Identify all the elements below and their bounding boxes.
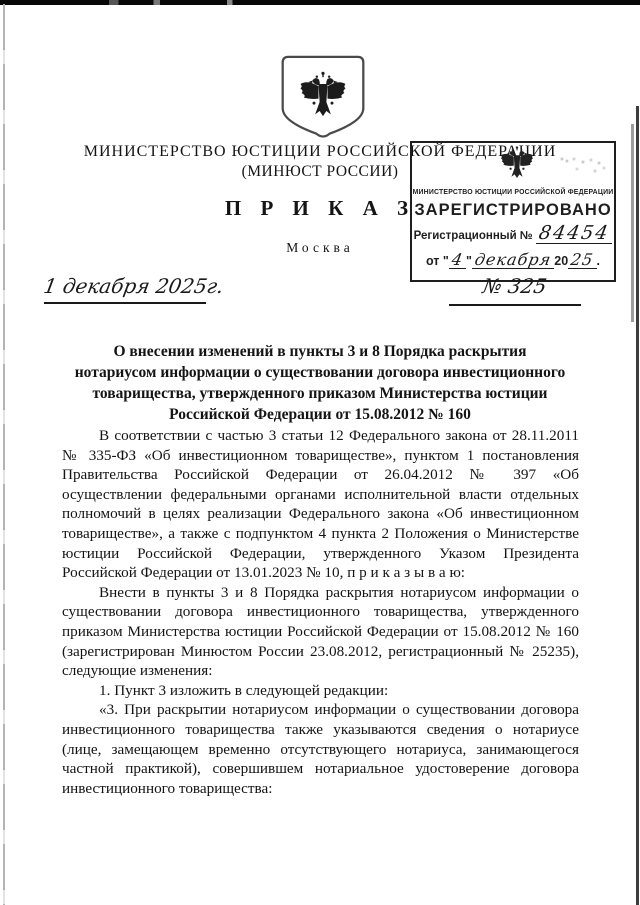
stamp-date-line: от "4"декабря2025. [412,254,614,269]
order-title-line: Российской Федерации от 15.08.2012 № 160 [62,404,578,425]
scan-smudge [561,158,563,160]
registration-stamp: МИНИСТЕРСТВО ЮСТИЦИИ РОССИЙСКОЙ ФЕДЕРАЦИ… [410,141,616,282]
scan-edge-left [3,4,5,905]
paragraph-item-1: 1. Пункт 3 изложить в следующей редакции… [62,681,579,701]
order-title-line: нотариусом информации о существовании до… [62,362,578,383]
stamp-date-from: от [426,254,443,268]
stamp-month-underline: декабря [472,254,554,269]
stamp-registered-label: ЗАРЕГИСТРИРОВАНО [412,201,614,220]
scan-edge-top [0,0,640,5]
scan-edge-right [636,106,639,905]
stamp-reg-number-label: Регистрационный № [414,230,533,242]
stamp-year-written: 25 [570,254,594,265]
stamp-reg-number-value: 84454 [538,227,611,240]
issue-date-value: 1 декабря 2025г. [42,274,226,298]
paragraph-legal-basis: В соответствии с частью 3 статьи 12 Феде… [62,426,579,583]
order-title-line: товарищества, утвержденного приказом Мин… [62,383,578,404]
stamp-eagle-icon [497,144,537,184]
stamp-day-underline: 4 [449,254,466,269]
stamp-date-day: 4 [451,254,464,265]
order-title: О внесении изменений в пункты 3 и 8 Поря… [62,341,578,425]
order-number-value: № 325 [481,274,549,298]
order-title-line: О внесении изменений в пункты 3 и 8 Поря… [62,341,578,362]
paragraph-amendment-intro: Внести в пункты 3 и 8 Порядка раскрытия … [62,583,579,681]
handwritten-order-number: № 325 [449,274,581,306]
order-body: В соответствии с частью 3 статьи 12 Феде… [62,426,579,798]
stamp-year-printed: 20 [554,254,568,268]
stamp-registration-number-line: Регистрационный № 84454 [412,227,614,244]
stamp-date-period: . [597,254,600,268]
stamp-reg-number-underline: 84454 [536,227,612,244]
stamp-year-underline: 25 [568,254,596,269]
scanned-order-document: МИНИСТЕРСТВО ЮСТИЦИИ РОССИЙСКОЙ ФЕДЕРАЦИ… [0,0,640,905]
handwritten-issue-date: 1 декабря 2025г. [44,274,206,304]
stamp-ministry-label: МИНИСТЕРСТВО ЮСТИЦИИ РОССИЙСКОЙ ФЕДЕРАЦИ… [412,189,614,196]
paragraph-new-clause-3: «3. При раскрытии нотариусом информации … [62,700,579,798]
russia-coat-of-arms-icon [276,54,370,144]
stamp-date-month: декабря [474,254,552,265]
